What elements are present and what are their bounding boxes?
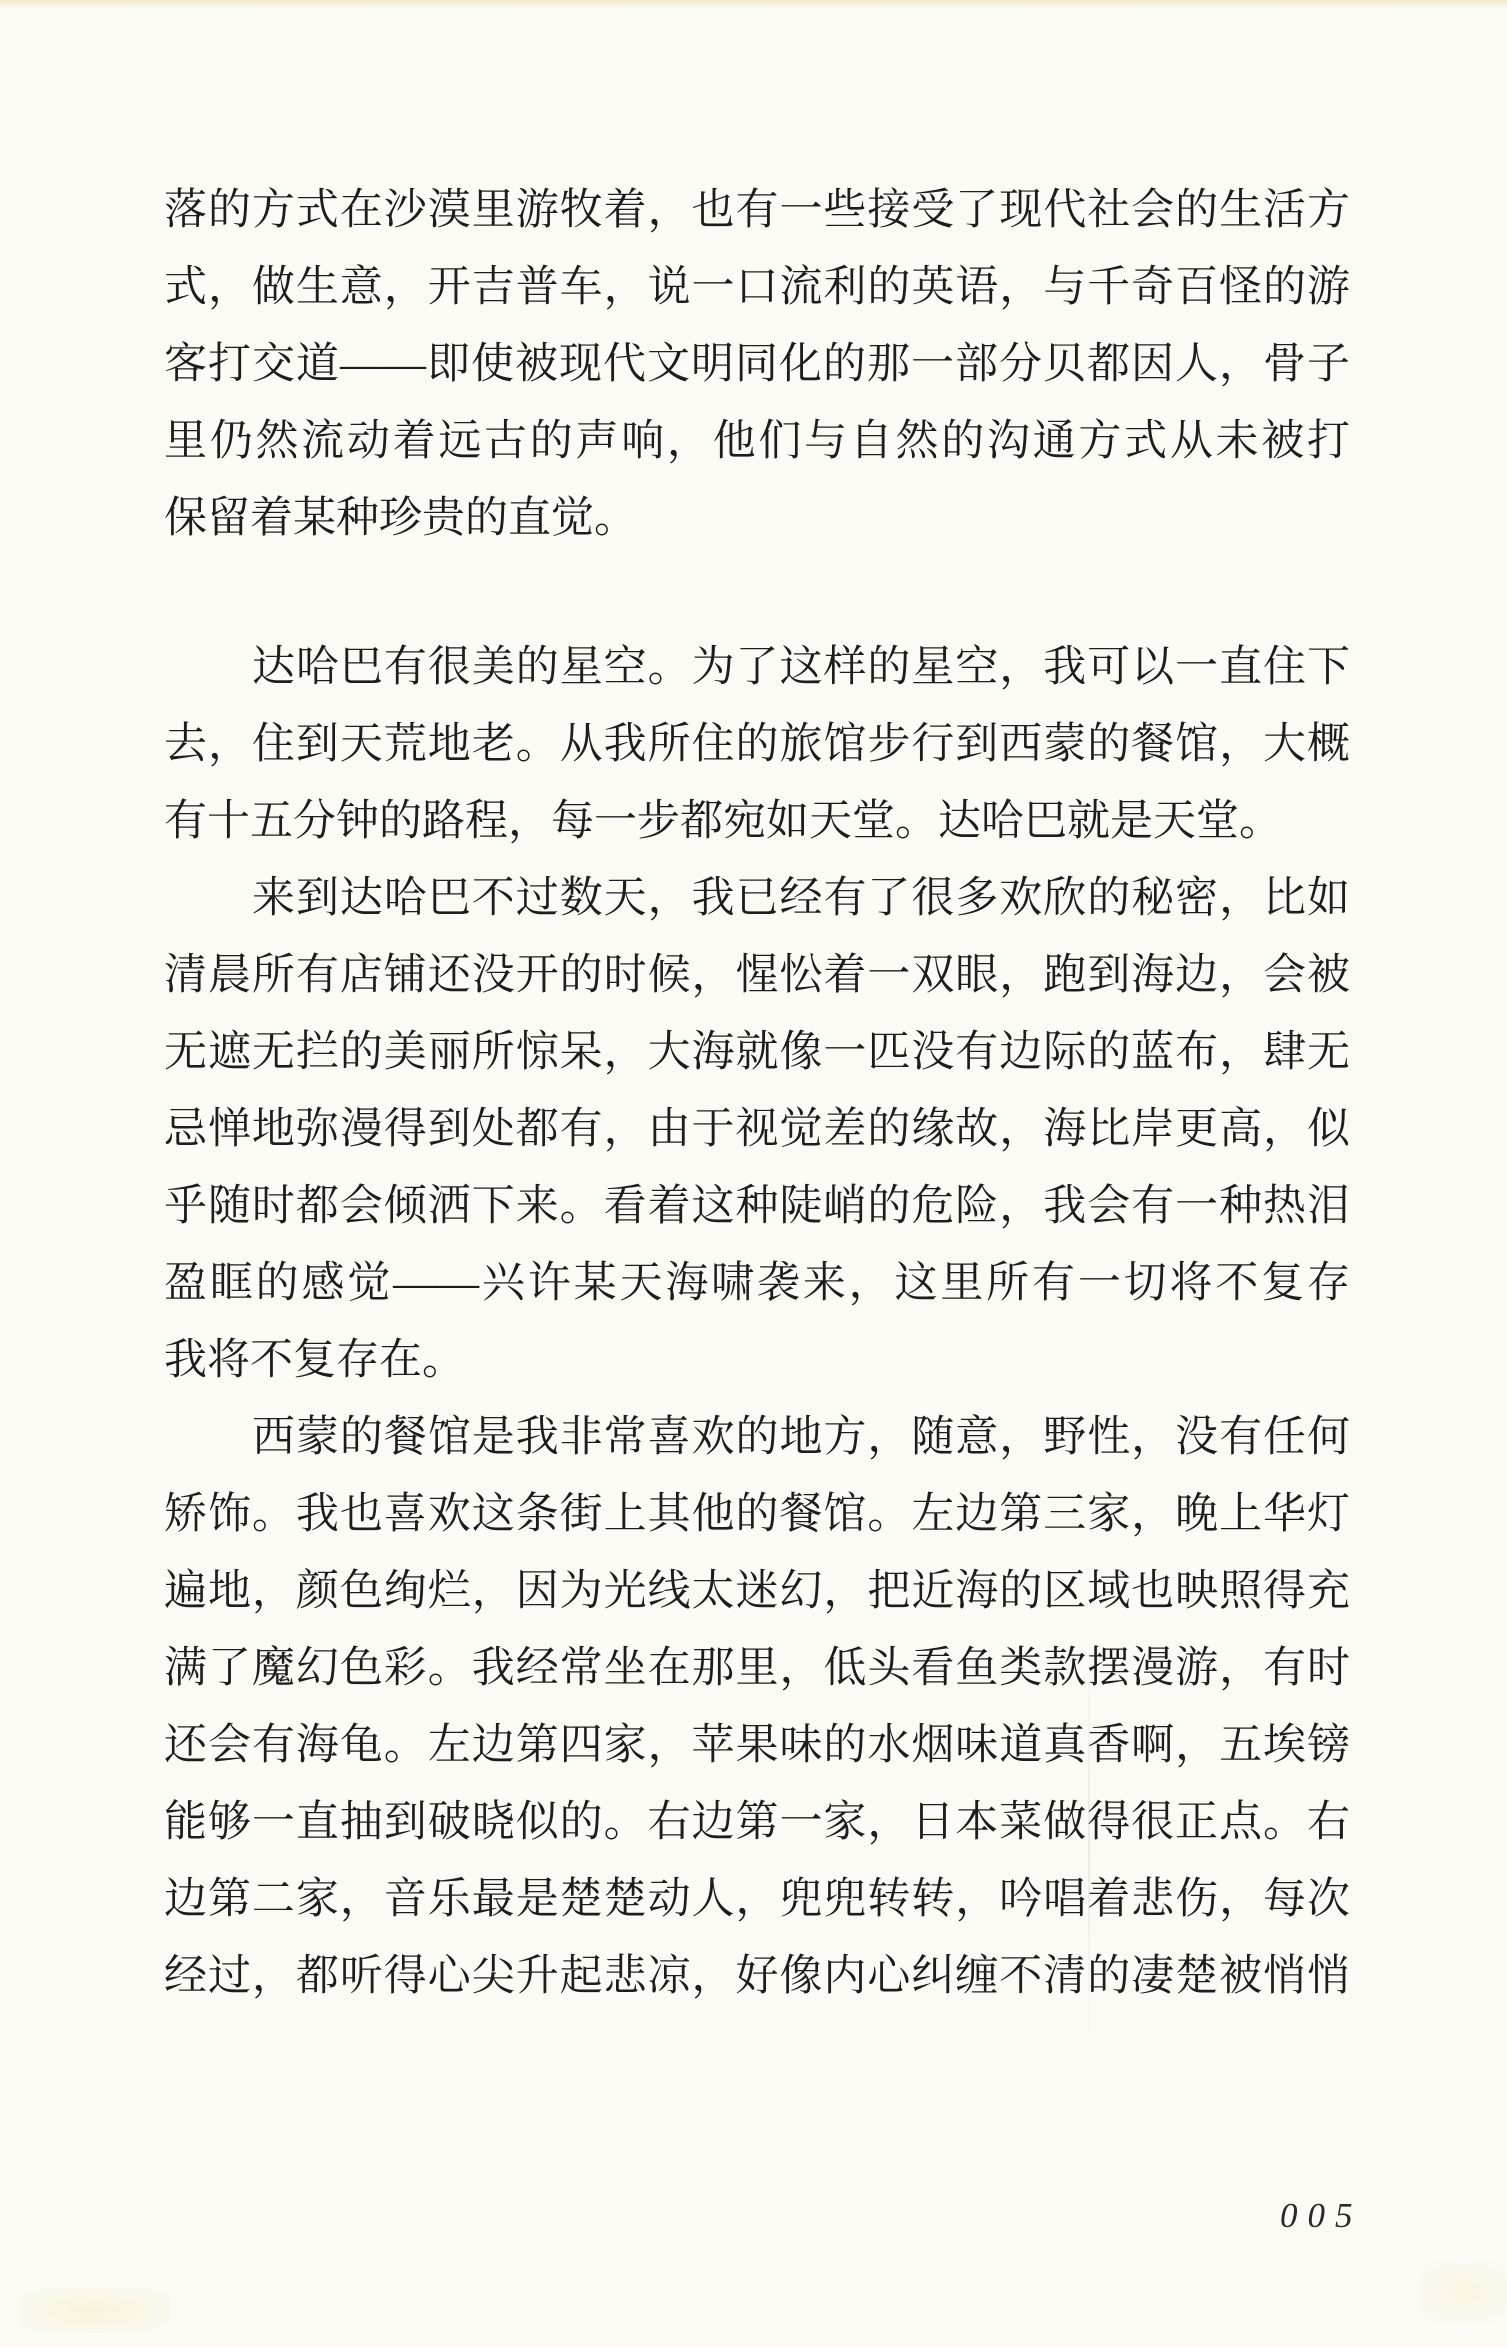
text-line: 式，做生意，开吉普车，说一口流利的英语，与千奇百怪的游 [164, 249, 1350, 326]
text-line: 落的方式在沙漠里游牧着，也有一些接受了现代社会的生活方 [164, 172, 1350, 249]
text-block: 落的方式在沙漠里游牧着，也有一些接受了现代社会的生活方式，做生意，开吉普车，说一… [164, 172, 1350, 2015]
book-page: 落的方式在沙漠里游牧着，也有一些接受了现代社会的生活方式，做生意，开吉普车，说一… [0, 0, 1507, 2347]
text-line: 达哈巴有很美的星空。为了这样的星空，我可以一直住下 [164, 629, 1350, 706]
scan-artifact-smudge [1420, 2262, 1507, 2322]
text-line: 还会有海龟。左边第四家，苹果味的水烟味道真香啊，五埃镑 [164, 1707, 1350, 1784]
text-line: 边第二家，音乐最是楚楚动人，兜兜转转，吟唱着悲伤，每次 [164, 1861, 1350, 1938]
text-line: 矫饰。我也喜欢这条街上其他的餐馆。左边第三家，晚上华灯 [164, 1476, 1350, 1553]
text-line: 经过，都听得心尖升起悲凉，好像内心纠缠不清的凄楚被悄悄 [164, 1938, 1350, 2015]
text-line: 忌惮地弥漫得到处都有，由于视觉差的缘故，海比岸更高，似 [164, 1091, 1350, 1168]
text-line: 能够一直抽到破晓似的。右边第一家，日本菜做得很正点。右 [164, 1784, 1350, 1861]
scan-artifact-top-edge [0, 0, 1507, 9]
text-line: 盈眶的感觉——兴许某天海啸袭来，这里所有一切将不复存在。 [164, 1245, 1350, 1322]
text-line: 客打交道——即使被现代文明同化的那一部分贝都因人，骨子 [164, 326, 1350, 403]
scan-artifact-smudge [20, 2288, 170, 2333]
text-line: 里仍然流动着远古的声响，他们与自然的沟通方式从未被打断， [164, 403, 1350, 480]
text-line: 满了魔幻色彩。我经常坐在那里，低头看鱼类款摆漫游，有时 [164, 1630, 1350, 1707]
text-line: 无遮无拦的美丽所惊呆，大海就像一匹没有边际的蓝布，肆无 [164, 1014, 1350, 1091]
page-number: 005 [1280, 2196, 1363, 2236]
text-line: 保留着某种珍贵的直觉。 [164, 480, 1350, 557]
text-line: 有十五分钟的路程，每一步都宛如天堂。达哈巴就是天堂。 [164, 783, 1350, 860]
text-line: 乎随时都会倾洒下来。看着这种陡峭的危险，我会有一种热泪 [164, 1168, 1350, 1245]
text-line: 来到达哈巴不过数天，我已经有了很多欢欣的秘密，比如 [164, 860, 1350, 937]
text-line: 我将不复存在。 [164, 1322, 1350, 1399]
text-line: 清晨所有店铺还没开的时候，惺忪着一双眼，跑到海边，会被 [164, 937, 1350, 1014]
text-line: 去，住到天荒地老。从我所住的旅馆步行到西蒙的餐馆，大概 [164, 706, 1350, 783]
text-line: 遍地，颜色绚烂，因为光线太迷幻，把近海的区域也映照得充 [164, 1553, 1350, 1630]
text-line: 西蒙的餐馆是我非常喜欢的地方，随意，野性，没有任何 [164, 1399, 1350, 1476]
